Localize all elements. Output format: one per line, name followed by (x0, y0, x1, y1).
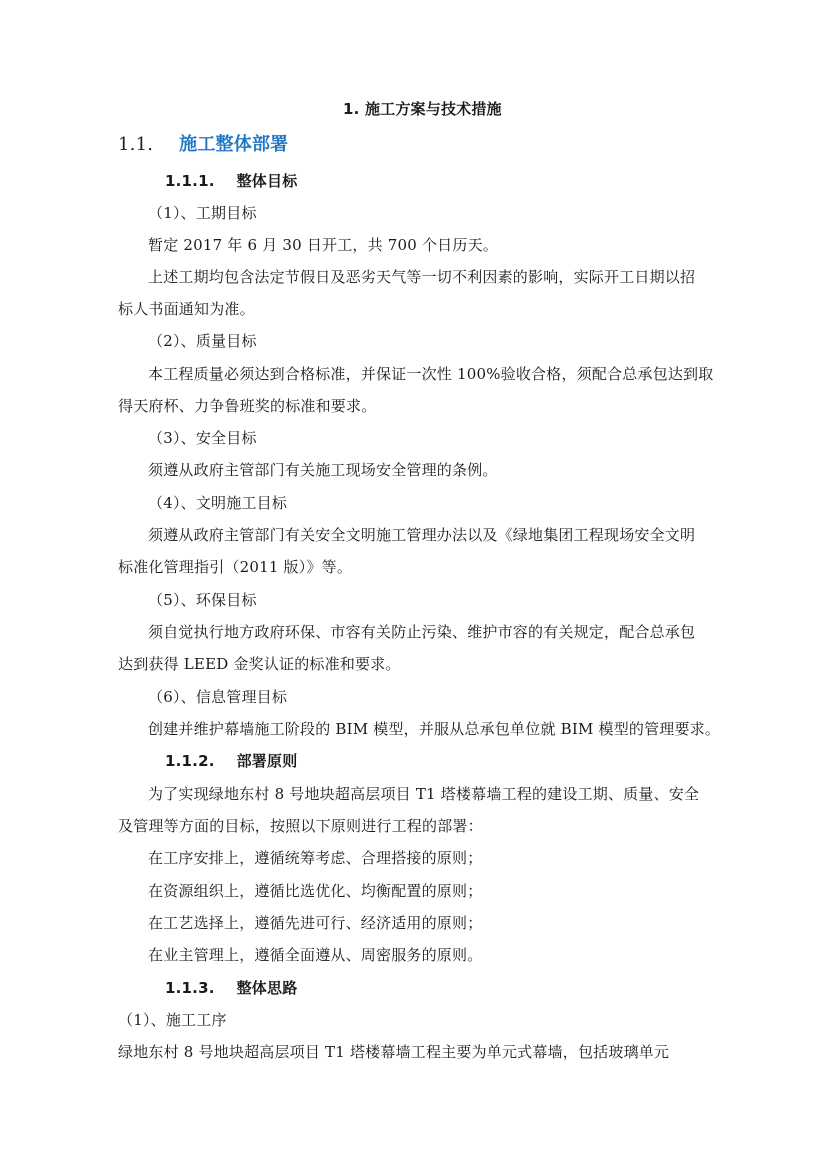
subsection-title: 部署原则 (237, 752, 298, 770)
paragraph-line: 在工艺选择上，遵循先进可行、经济适用的原则； (148, 913, 482, 933)
section-heading: 1.1.施工整体部署 (118, 133, 288, 157)
paragraph-line: 达到获得 LEED 金奖认证的标准和要求。 (118, 654, 401, 674)
subsection-number: 1.1.1. (165, 172, 215, 190)
paragraph-line: 暂定 2017 年 6 月 30 日开工，共 700 个日历天。 (148, 235, 498, 255)
subsection-number: 1.1.2. (165, 752, 215, 770)
paragraph-line: 为了实现绿地东村 8 号地块超高层项目 T1 塔楼幕墙工程的建设工期、质量、安全 (148, 784, 699, 804)
paragraph-line: 须自觉执行地方政府环保、市容有关防止污染、维护市容的有关规定，配合总承包 (148, 622, 695, 642)
paragraph-line: 标人书面通知为准。 (118, 299, 255, 319)
paragraph-line: 须遵从政府主管部门有关安全文明施工管理办法以及《绿地集团工程现场安全文明 (148, 525, 695, 545)
list-label: （1）、施工工序 (118, 1010, 227, 1030)
list-label: （6）、信息管理目标 (148, 687, 287, 707)
section-title: 施工整体部署 (179, 134, 288, 155)
chapter-title: 1. 施工方案与技术措施 (343, 99, 502, 119)
paragraph-line: 在工序安排上，遵循统筹考虑、合理搭接的原则； (148, 848, 482, 868)
subsection-title: 整体目标 (237, 172, 298, 190)
paragraph-line: 须遵从政府主管部门有关施工现场安全管理的条例。 (148, 460, 498, 480)
subsection-heading: 1.1.2.部署原则 (165, 751, 297, 771)
paragraph-line: 在资源组织上，遵循比选优化、均衡配置的原则； (148, 881, 482, 901)
subsection-number: 1.1.3. (165, 979, 215, 997)
subsection-heading: 1.1.1.整体目标 (165, 171, 297, 191)
subsection-title: 整体思路 (237, 979, 298, 997)
paragraph-line: 本工程质量必须达到合格标准，并保证一次性 100%验收合格，须配合总承包达到取 (148, 364, 713, 384)
paragraph-line: 及管理等方面的目标，按照以下原则进行工程的部署： (118, 816, 483, 836)
subsection-heading: 1.1.3.整体思路 (165, 978, 297, 998)
list-label: （5）、环保目标 (148, 590, 257, 610)
paragraph-line: 得天府杯、力争鲁班奖的标准和要求。 (118, 396, 376, 416)
paragraph-line: 创建并维护幕墙施工阶段的 BIM 模型，并服从总承包单位就 BIM 模型的管理要… (148, 719, 720, 739)
section-number: 1.1. (118, 134, 153, 155)
paragraph-line: 在业主管理上，遵循全面遵从、周密服务的原则。 (148, 945, 482, 965)
list-label: （4）、文明施工目标 (148, 493, 287, 513)
list-label: （3）、安全目标 (148, 428, 257, 448)
list-label: （1）、工期目标 (148, 203, 257, 223)
paragraph-line: 标准化管理指引（2011 版）》等。 (118, 557, 352, 577)
paragraph-line: 上述工期均包含法定节假日及恶劣天气等一切不利因素的影响，实际开工日期以招 (148, 267, 695, 287)
list-label: （2）、质量目标 (148, 331, 257, 351)
paragraph-line: 绿地东村 8 号地块超高层项目 T1 塔楼幕墙工程主要为单元式幕墙，包括玻璃单元 (118, 1042, 669, 1062)
document-page: 1. 施工方案与技术措施 1.1.施工整体部署 1.1.1.整体目标 （1）、工… (0, 0, 826, 1169)
